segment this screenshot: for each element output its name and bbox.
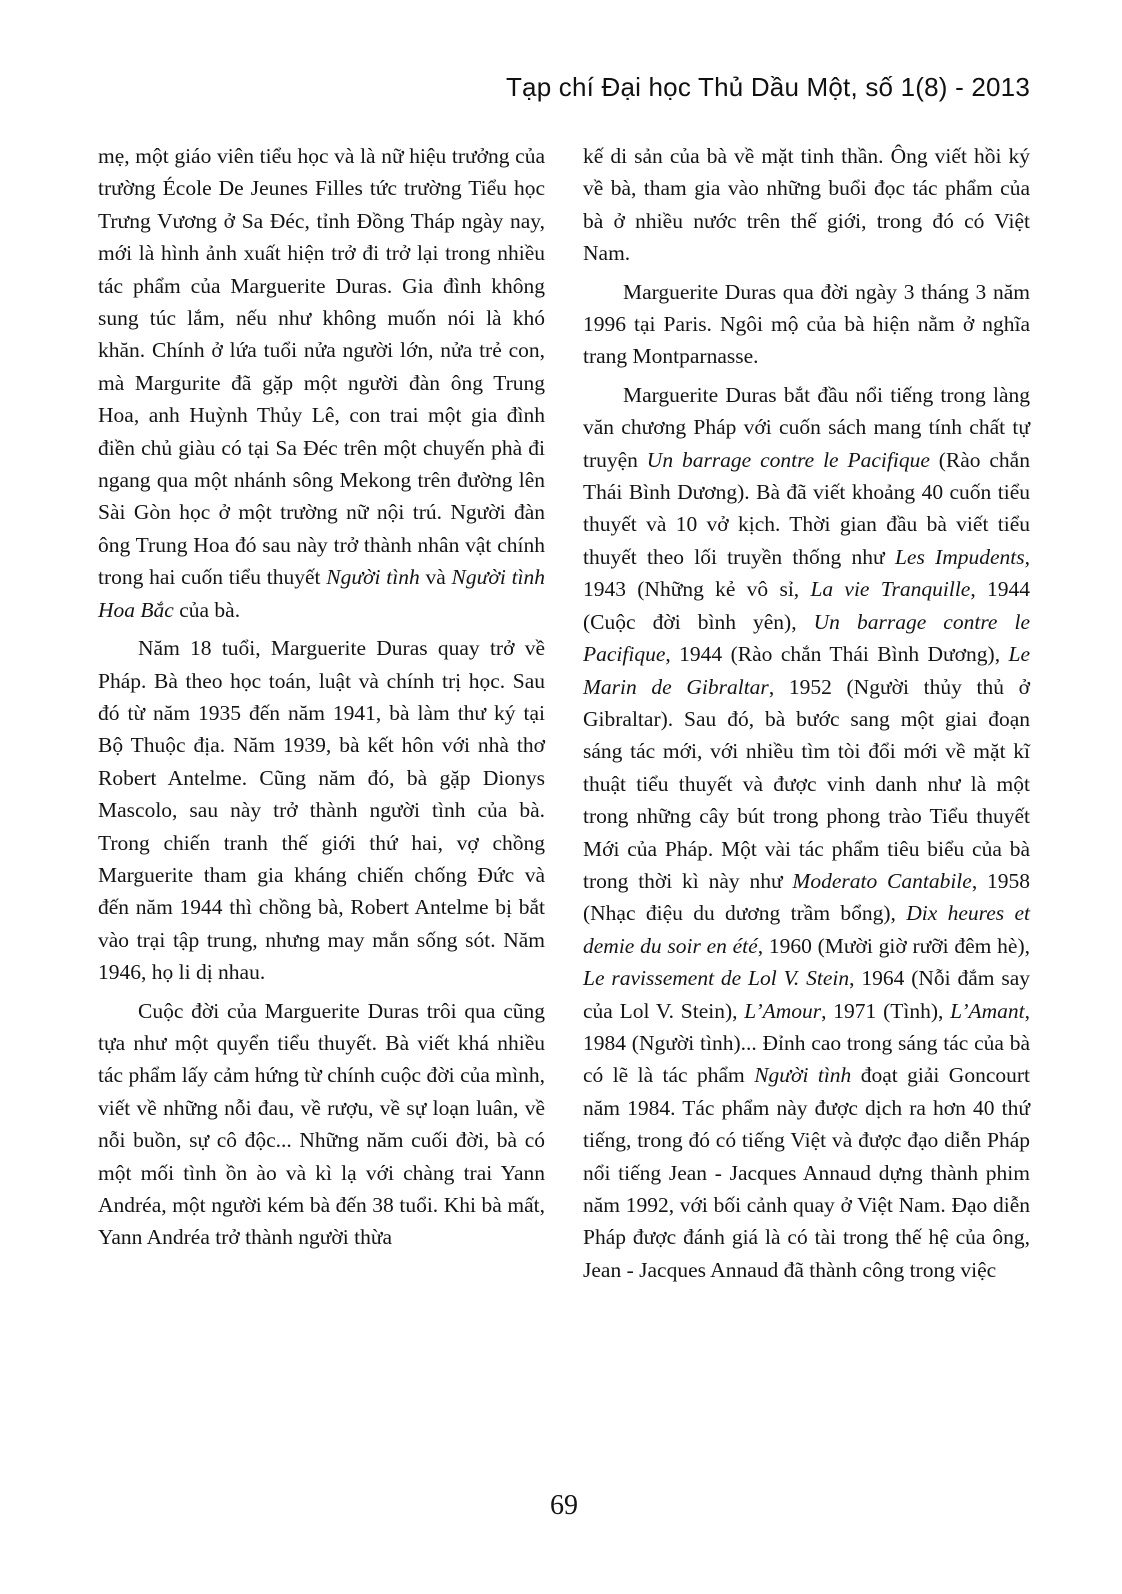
text-run: mẹ, một giáo viên tiểu học và là nữ hiệu…: [98, 144, 545, 589]
text-run: , 1944 (Rào chắn Thái Bình Dương),: [665, 642, 1008, 666]
text-run: Moderato Cantabile: [792, 869, 971, 893]
paragraph: mẹ, một giáo viên tiểu học và là nữ hiệu…: [98, 140, 545, 626]
paragraph: Cuộc đời của Marguerite Duras trôi qua c…: [98, 995, 545, 1254]
page-number: 69: [98, 1490, 1030, 1522]
paragraph: Marguerite Duras qua đời ngày 3 tháng 3 …: [583, 276, 1030, 373]
text-run: La vie Tranquille: [810, 577, 970, 601]
text-run: và: [420, 565, 452, 589]
text-run: kế di sản của bà về mặt tinh thần. Ông v…: [583, 144, 1030, 265]
text-run: đoạt giải Goncourt năm 1984. Tác phẩm nà…: [583, 1063, 1030, 1281]
text-run: Marguerite Duras qua đời ngày 3 tháng 3 …: [583, 280, 1030, 369]
paragraph: Năm 18 tuổi, Marguerite Duras quay trở v…: [98, 632, 545, 988]
text-run: Năm 18 tuổi, Marguerite Duras quay trở v…: [98, 636, 545, 984]
two-column-body: mẹ, một giáo viên tiểu học và là nữ hiệu…: [98, 140, 1030, 1292]
left-column: mẹ, một giáo viên tiểu học và là nữ hiệu…: [98, 140, 545, 1292]
paragraph: kế di sản của bà về mặt tinh thần. Ông v…: [583, 140, 1030, 270]
text-run: , 1971 (Tình),: [821, 999, 950, 1023]
journal-page: Tạp chí Đại học Thủ Dầu Một, số 1(8) - 2…: [0, 0, 1122, 1594]
text-run: Le ravissement de Lol V. Stein: [583, 966, 849, 990]
text-run: Người tình: [754, 1063, 851, 1087]
text-run: , 1960 (Mười giờ rưỡi đêm hè),: [758, 934, 1030, 958]
text-run: L’Amant: [950, 999, 1024, 1023]
text-run: Les Impudents: [895, 545, 1025, 569]
right-column: kế di sản của bà về mặt tinh thần. Ông v…: [583, 140, 1030, 1292]
text-run: Cuộc đời của Marguerite Duras trôi qua c…: [98, 999, 545, 1250]
text-run: của bà.: [174, 598, 240, 622]
paragraph: Marguerite Duras bắt đầu nổi tiếng trong…: [583, 379, 1030, 1286]
text-run: Un barrage contre le Pacifique: [647, 448, 930, 472]
text-run: L’Amour: [744, 999, 821, 1023]
text-run: Người tình: [326, 565, 419, 589]
text-run: , 1952 (Người thủy thủ ở Gibraltar). Sau…: [583, 675, 1030, 893]
journal-header: Tạp chí Đại học Thủ Dầu Một, số 1(8) - 2…: [98, 72, 1030, 103]
